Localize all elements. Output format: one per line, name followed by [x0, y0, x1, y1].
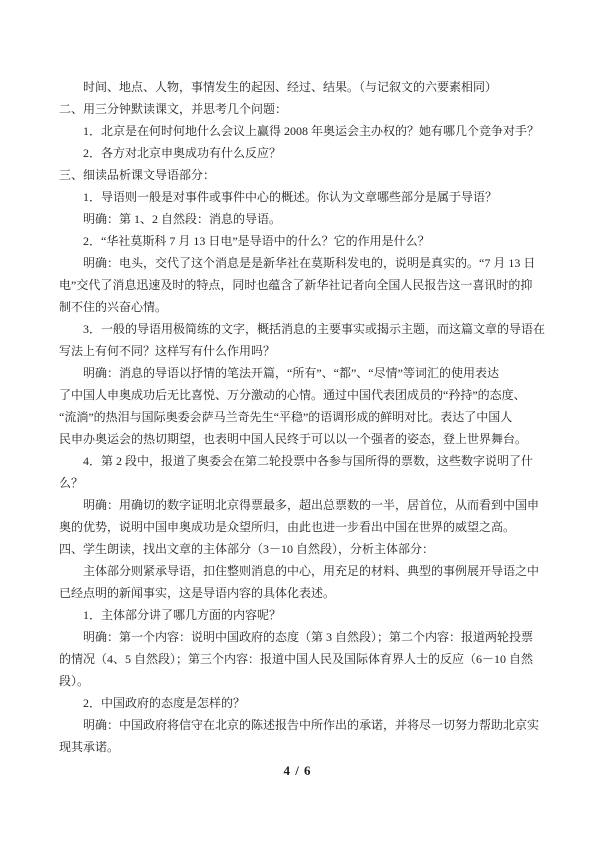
text-line: 四、学生朗读，找出文章的主体部分（3－10 自然段），分析主体部分：: [59, 538, 539, 560]
text-line: 3．一般的导语用极简练的文字，概括消息的主要事实或揭示主题，而这篇文章的导语在: [59, 318, 539, 340]
text-line: 明确：电头，交代了这个消息是是新华社在莫斯科发电的，说明是真实的。“7 月 13…: [59, 252, 539, 274]
text-line: 三、细读品析课文导语部分：: [59, 164, 539, 186]
text-line: 2．中国政府的态度是怎样的？: [59, 692, 539, 714]
text-line: 段）。: [59, 670, 539, 692]
text-line: 么？: [59, 472, 539, 494]
text-line: 奥的优势，说明中国申奥成功是众望所归，由此也进一步看出中国在世界的威望之高。: [59, 516, 539, 538]
page-number: 4 / 6: [0, 763, 595, 779]
text-line: 1．主体部分讲了哪几方面的内容呢？: [59, 604, 539, 626]
text-line: 制不住的兴奋心情。: [59, 296, 539, 318]
text-line: 电”交代了消息迅速及时的特点，同时也蕴含了新华社记者向全国人民报告这一喜讯时的抑: [59, 274, 539, 296]
text-line: 明确：用确切的数字证明北京得票最多，超出总票数的一半，居首位，从而看到中国申: [59, 494, 539, 516]
text-line: 明确：第 1、2 自然段：消息的导语。: [59, 208, 539, 230]
text-line: 主体部分则紧承导语，扣住整则消息的中心，用充足的材料、典型的事例展开导语之中: [59, 560, 539, 582]
text-line: 民申办奥运会的热切期望，也表明中国人民终于可以以一个强者的姿态，登上世界舞台。: [59, 428, 539, 450]
text-line: 已经点明的新闻事实，这是导语内容的具体化表述。: [59, 582, 539, 604]
document-page: 时间、地点、人物，事情发生的起因、经过、结果。（与记叙文的六要素相同）二、用三分…: [0, 0, 595, 841]
text-line: 时间、地点、人物，事情发生的起因、经过、结果。（与记叙文的六要素相同）: [59, 76, 539, 98]
text-line: 明确：第一个内容：说明中国政府的态度（第 3 自然段）；第二个内容：报道两轮投票: [59, 626, 539, 648]
text-line: 2．“华社莫斯科 7 月 13 日电”是导语中的什么？它的作用是什么？: [59, 230, 539, 252]
text-line: 现其承诺。: [59, 736, 539, 758]
text-line: 2．各方对北京申奥成功有什么反应？: [59, 142, 539, 164]
text-line: 1．导语则一般是对事件或事件中心的概述。你认为文章哪些部分是属于导语？: [59, 186, 539, 208]
text-line: 明确：消息的导语以抒情的笔法开篇，“所有”、“都”、“尽情”等词汇的使用表达: [59, 362, 539, 384]
text-line: 二、用三分钟默读课文，并思考几个问题：: [59, 98, 539, 120]
text-line: 明确：中国政府将信守在北京的陈述报告中所作出的承诺，并将尽一切努力帮助北京实: [59, 714, 539, 736]
text-line: 了中国人申奥成功后无比喜悦、万分激动的心情。通过中国代表团成员的“矜持”的态度、: [59, 384, 539, 406]
text-line: 写法上有何不同？这样写有什么作用吗？: [59, 340, 539, 362]
text-line: “流淌”的热泪与国际奥委会萨马兰奇先生“平稳”的语调形成的鲜明对比。表达了中国人: [59, 406, 539, 428]
document-body: 时间、地点、人物，事情发生的起因、经过、结果。（与记叙文的六要素相同）二、用三分…: [59, 76, 539, 758]
text-line: 1．北京是在何时何地什么会议上赢得 2008 年奥运会主办权的？她有哪几个竞争对…: [59, 120, 539, 142]
text-line: 的情况（4、5 自然段）；第三个内容：报道中国人民及国际体育界人士的反应（6－1…: [59, 648, 539, 670]
text-line: 4．第 2 段中，报道了奥委会在第二轮投票中各参与国所得的票数，这些数字说明了什: [59, 450, 539, 472]
